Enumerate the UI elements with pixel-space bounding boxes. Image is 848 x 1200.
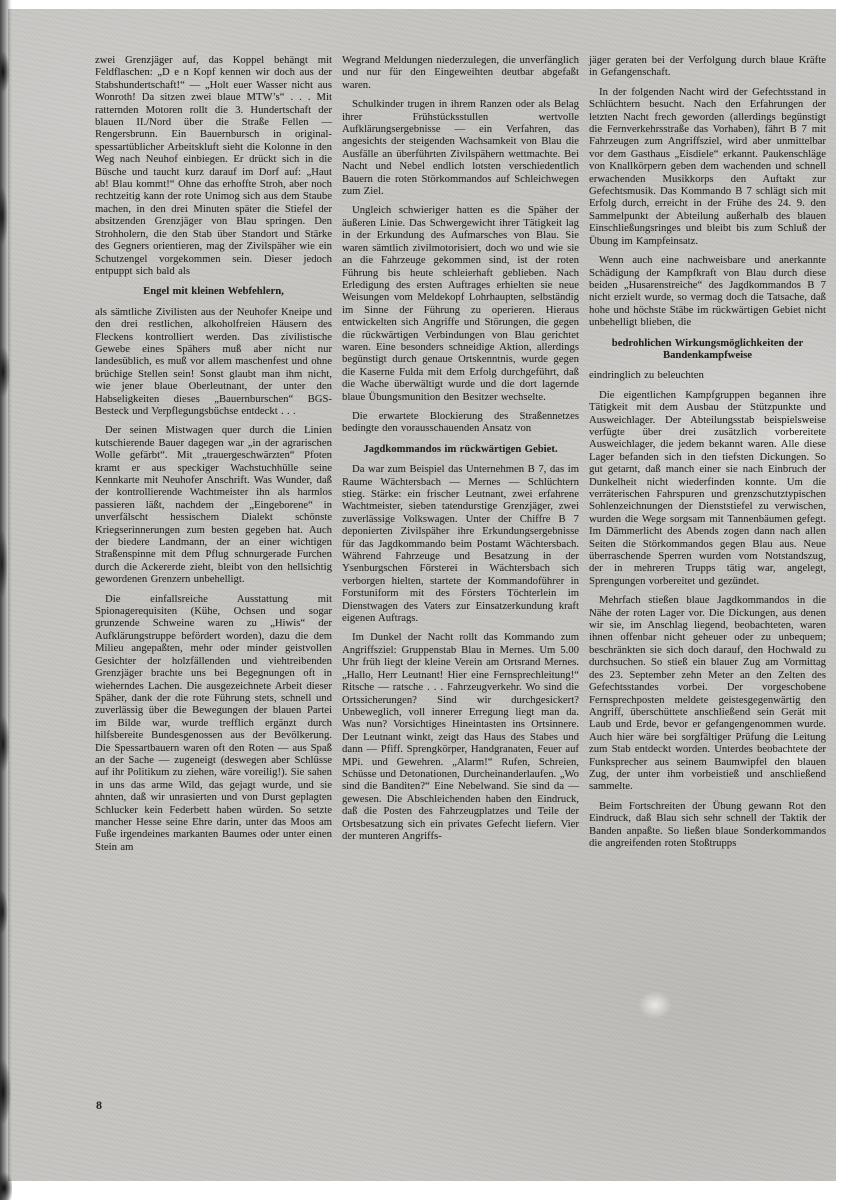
- body-paragraph: Da war zum Beispiel das Unternehmen B 7,…: [342, 464, 579, 625]
- body-paragraph: Wegrand Meldungen niederzulegen, die unv…: [342, 55, 579, 92]
- body-paragraph: Beim Fortschreiten der Übung gewann Rot …: [589, 801, 826, 851]
- scan-edge-left: [0, 0, 12, 1200]
- body-paragraph: Die erwartete Blockierung des Straßennet…: [342, 411, 579, 436]
- body-paragraph: zwei Grenzjäger auf, das Koppel behängt …: [95, 55, 332, 278]
- section-heading: Jagdkommandos im rückwärtigen Gebiet.: [358, 444, 563, 456]
- body-paragraph: Im Dunkel der Nacht rollt das Kommando z…: [342, 632, 579, 843]
- body-paragraph: Die einfallsreiche Ausstattung mit Spion…: [95, 594, 332, 855]
- body-paragraph: Schulkinder trugen in ihrem Ranzen oder …: [342, 99, 579, 198]
- body-paragraph: als sämtliche Zivilisten aus der Neuhofe…: [95, 307, 332, 419]
- body-paragraph: Die eigentlichen Kampfgruppen begannen i…: [589, 390, 826, 589]
- article-body: zwei Grenzjäger auf, das Koppel behängt …: [95, 55, 826, 861]
- section-heading: Engel mit kleinen Webfehlern,: [95, 286, 332, 298]
- scanned-document-page: { "page_number": "8", "columns": { "col1…: [0, 0, 848, 1200]
- body-paragraph: Mehrfach stießen blaue Jagdkommandos in …: [589, 595, 826, 794]
- article-column-1: zwei Grenzjäger auf, das Koppel behängt …: [95, 55, 332, 861]
- article-column-3: jäger geraten bei der Verfolgung durch b…: [589, 55, 826, 861]
- body-paragraph: Wenn auch eine nachweisbare und anerkann…: [589, 255, 826, 329]
- heading-continuation-line: eindringlich zu beleuchten: [589, 370, 826, 382]
- section-heading: bedrohlichen Wirkungsmöglichkeiten der B…: [597, 338, 819, 363]
- body-paragraph: Ungleich schwieriger hatten es die Spähe…: [342, 205, 579, 404]
- scan-artifact-spot: [638, 991, 672, 1019]
- body-paragraph: Der seinen Mistwagen quer durch die Lini…: [95, 425, 332, 586]
- body-paragraph: In der folgenden Nacht wird der Gefechts…: [589, 87, 826, 248]
- page-number: 8: [96, 1098, 102, 1113]
- body-paragraph: jäger geraten bei der Verfolgung durch b…: [589, 55, 826, 80]
- article-column-2: Wegrand Meldungen niederzulegen, die unv…: [342, 55, 579, 861]
